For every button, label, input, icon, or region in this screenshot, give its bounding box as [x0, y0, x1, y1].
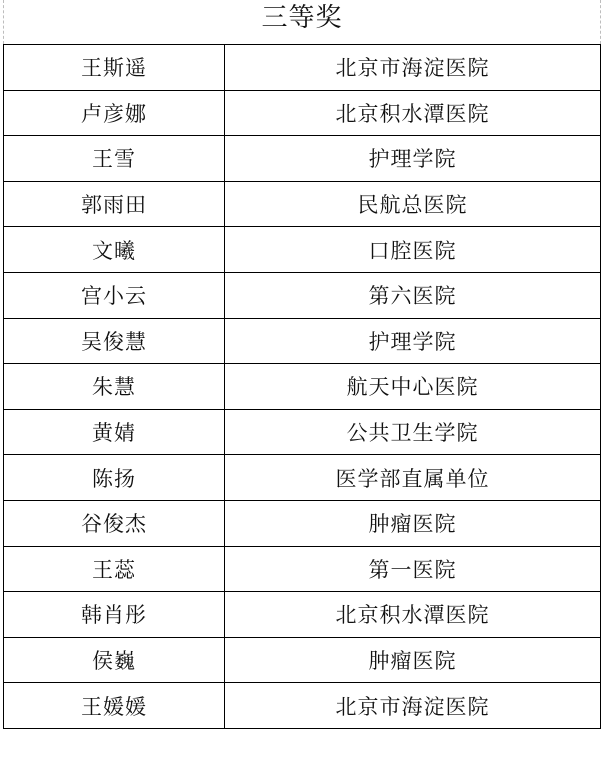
table-row: 宫小云第六医院	[4, 272, 601, 318]
table-row: 文曦口腔医院	[4, 227, 601, 273]
table-row: 侯巍肿瘤医院	[4, 637, 601, 683]
winner-unit-cell: 医学部直属单位	[225, 455, 601, 501]
table-row: 卢彦娜北京积水潭医院	[4, 90, 601, 136]
winner-unit-cell: 肿瘤医院	[225, 500, 601, 546]
winner-unit-cell: 北京市海淀医院	[225, 683, 601, 729]
winner-name-cell: 文曦	[4, 227, 225, 273]
table-row: 王雪护理学院	[4, 136, 601, 182]
winner-unit-cell: 第六医院	[225, 272, 601, 318]
winner-name-cell: 王媛媛	[4, 683, 225, 729]
award-table-body: 王斯遥北京市海淀医院卢彦娜北京积水潭医院王雪护理学院郭雨田民航总医院文曦口腔医院…	[4, 45, 601, 729]
table-row: 陈扬医学部直属单位	[4, 455, 601, 501]
award-table: 王斯遥北京市海淀医院卢彦娜北京积水潭医院王雪护理学院郭雨田民航总医院文曦口腔医院…	[3, 44, 601, 729]
award-title: 三等奖	[0, 0, 604, 44]
winner-name-cell: 韩肖彤	[4, 592, 225, 638]
winner-unit-cell: 第一医院	[225, 546, 601, 592]
winner-unit-cell: 护理学院	[225, 136, 601, 182]
winner-name-cell: 王斯遥	[4, 45, 225, 91]
winner-unit-cell: 护理学院	[225, 318, 601, 364]
table-row: 郭雨田民航总医院	[4, 181, 601, 227]
table-row: 王媛媛北京市海淀医院	[4, 683, 601, 729]
winner-name-cell: 朱慧	[4, 364, 225, 410]
winner-unit-cell: 航天中心医院	[225, 364, 601, 410]
table-row: 谷俊杰肿瘤医院	[4, 500, 601, 546]
table-row: 朱慧航天中心医院	[4, 364, 601, 410]
table-row: 王蕊第一医院	[4, 546, 601, 592]
winner-name-cell: 王雪	[4, 136, 225, 182]
winner-unit-cell: 肿瘤医院	[225, 637, 601, 683]
winner-name-cell: 卢彦娜	[4, 90, 225, 136]
winner-name-cell: 陈扬	[4, 455, 225, 501]
winner-unit-cell: 北京积水潭医院	[225, 592, 601, 638]
winner-unit-cell: 北京市海淀医院	[225, 45, 601, 91]
winner-unit-cell: 公共卫生学院	[225, 409, 601, 455]
winner-name-cell: 宫小云	[4, 272, 225, 318]
table-row: 黄婧公共卫生学院	[4, 409, 601, 455]
winner-name-cell: 吴俊慧	[4, 318, 225, 364]
table-row: 韩肖彤北京积水潭医院	[4, 592, 601, 638]
winner-unit-cell: 民航总医院	[225, 181, 601, 227]
winner-unit-cell: 北京积水潭医院	[225, 90, 601, 136]
winner-name-cell: 郭雨田	[4, 181, 225, 227]
winner-name-cell: 谷俊杰	[4, 500, 225, 546]
table-row: 吴俊慧护理学院	[4, 318, 601, 364]
winner-name-cell: 王蕊	[4, 546, 225, 592]
winner-unit-cell: 口腔医院	[225, 227, 601, 273]
winner-name-cell: 黄婧	[4, 409, 225, 455]
winner-name-cell: 侯巍	[4, 637, 225, 683]
table-row: 王斯遥北京市海淀医院	[4, 45, 601, 91]
